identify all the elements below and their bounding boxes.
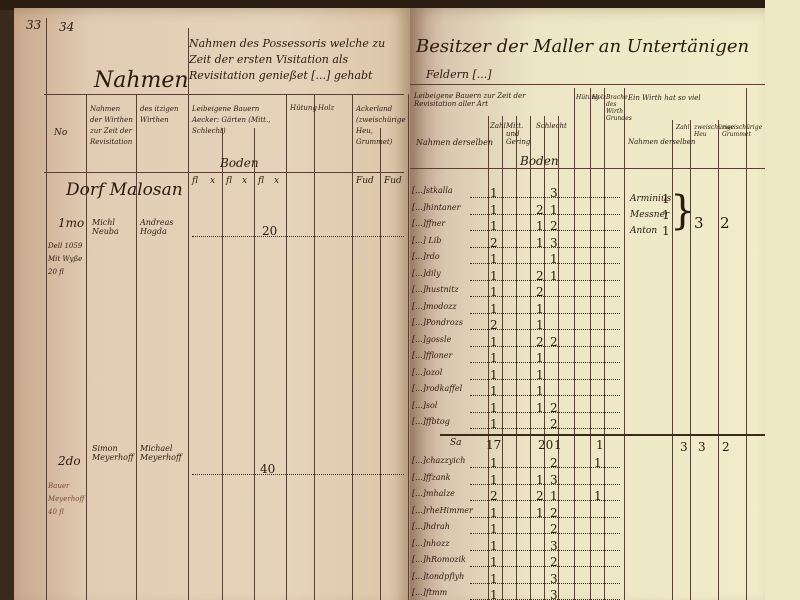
col-header-schlecht: Schlecht (536, 122, 567, 130)
dotted-fill (470, 533, 620, 534)
col-header-huetung: Hütung (290, 104, 312, 112)
page-edge (765, 0, 800, 600)
col-header-nahmen: Nahmen derselben (416, 138, 493, 147)
col-divider (222, 128, 223, 600)
dotted-fill (470, 214, 620, 215)
dotted-fill (470, 313, 620, 314)
row-name: [...]hRomozik (412, 555, 466, 564)
col-divider (746, 88, 747, 600)
left-page: 33 34 Nahmen Nahmen des Possessoris welc… (14, 8, 410, 600)
col-divider (502, 116, 503, 600)
col-divider (718, 120, 719, 600)
col-divider (558, 116, 559, 600)
row-name: [...]ffner (412, 219, 445, 228)
entry-margin-note: Dell 1059 Mit Wyße 20 fl (48, 240, 84, 279)
row-name: [...]hdrah (412, 522, 450, 531)
total-grummet: 2 (722, 440, 730, 454)
dotted-fill (470, 428, 620, 429)
col-divider (188, 28, 189, 600)
total-heu-total: 3 (680, 440, 688, 454)
total-heu: 3 (698, 440, 706, 454)
row-name: [...]gossle (412, 335, 451, 344)
col-divider (544, 116, 545, 600)
dotted-fill (470, 329, 620, 330)
col-divider (530, 116, 531, 600)
unit-fud: Fud (384, 176, 402, 186)
unit-fl: fl (226, 176, 232, 186)
row-name: [...]ffloner (412, 351, 452, 360)
row-name: [...]ftmm (412, 588, 447, 597)
row-name: [...]hustnitz (412, 285, 459, 294)
unit-x: x (210, 176, 215, 186)
column-group-subtitle: Feldern [...] (426, 68, 492, 81)
col-header-wirth-revisitation: Nahmen der Wirthen zur Zeit der Revisita… (90, 104, 134, 148)
entry-number: 2do (58, 454, 81, 468)
total-holz: 1 (596, 438, 604, 452)
subheader-boden: Boden (220, 156, 259, 170)
entry-wirth-revisitation: Michl Neuba (92, 218, 134, 236)
col-divider (488, 116, 489, 600)
col-divider (624, 88, 625, 600)
dotted-fill (470, 362, 620, 363)
side-entry-zahl: 1 (662, 224, 670, 238)
dotted-fill (470, 379, 620, 380)
row-name: [...] Lib (412, 236, 441, 245)
dotted-fill (192, 474, 404, 475)
col-divider (604, 88, 605, 600)
total-rule (440, 434, 765, 436)
col-divider (352, 94, 353, 600)
unit-fl: fl (258, 176, 264, 186)
col-header-ackerland: Ackerland (zweischürige Heu, Grummet) (356, 104, 408, 148)
entry-itziger-wirth: Michael Meyerhoff (140, 444, 186, 462)
dotted-fill (470, 566, 620, 567)
row-name: [...]rdo (412, 252, 440, 261)
col-header-bauern-aecker: Leibeigene Bauern Aecker: Gärten (Mitt.,… (192, 104, 284, 137)
col-divider (86, 94, 87, 600)
side-entry-name: Anton (630, 226, 657, 236)
side-entry-zahl: 1 (662, 192, 670, 206)
unit-fl: fl (192, 176, 198, 186)
col-header-wirth-hat: Ein Wirth hat so viel (628, 94, 701, 102)
row-name: [...]dily (412, 269, 441, 278)
bracket-heu: 3 (694, 214, 704, 232)
row-name: [...]Pondrozs (412, 318, 463, 327)
row-name: [...]ffzank (412, 473, 451, 482)
row-name: [...]nhozz (412, 539, 449, 548)
row-name: [...]modozz (412, 302, 457, 311)
header-rule (44, 94, 404, 95)
subheader-boden: Boden (520, 154, 559, 168)
entry-wirth-revisitation: Simon Meyerhoff (92, 444, 134, 462)
dotted-fill (470, 484, 620, 485)
row-name: [...]sol (412, 401, 437, 410)
ledger-spread: 33 34 Nahmen Nahmen des Possessoris welc… (0, 0, 800, 600)
unit-x: x (274, 176, 279, 186)
col-header-zahl-2: Zahl (676, 124, 690, 131)
col-header-brache: Brache des Wirth Grundes (606, 94, 624, 122)
unit-x: x (242, 176, 247, 186)
dotted-fill (470, 395, 620, 396)
dotted-fill (470, 500, 620, 501)
total-zahl: 17 (486, 438, 501, 452)
dotted-fill (470, 550, 620, 551)
header-bottom-rule (410, 168, 765, 169)
dotted-fill (470, 412, 620, 413)
dotted-fill (470, 583, 620, 584)
col-header-huetung: Hütung (576, 94, 590, 101)
dotted-fill (470, 263, 620, 264)
unit-fud: Fud (356, 176, 374, 186)
row-name: [...]hintaner (412, 203, 460, 212)
row-name: [...]chazzyich (412, 456, 465, 465)
dotted-fill (470, 197, 620, 198)
side-entry-zahl: 1 (662, 208, 670, 222)
col-divider (314, 94, 315, 600)
entry-itziger-wirth: Andreas Hogda (140, 218, 186, 236)
col-header-zahl: Zahl (490, 122, 506, 130)
column-group-title-nahmen: Nahmen (94, 68, 189, 93)
page-number-34: 34 (59, 20, 74, 34)
col-header-holz: Holz (592, 94, 604, 101)
column-group-title-besitzer: Besitzer der Maller an Untertänigen (416, 36, 749, 57)
header-rule (410, 84, 765, 85)
dotted-fill (470, 296, 620, 297)
col-divider (574, 88, 575, 600)
col-divider (380, 128, 381, 600)
col-divider (590, 88, 591, 600)
brace: } (670, 188, 695, 234)
col-divider (136, 94, 137, 600)
dotted-fill (470, 247, 620, 248)
entry-margin-note: Bauer Meyerhoff 40 fl (48, 480, 84, 519)
col-divider (46, 18, 47, 600)
total-label: Sa (450, 438, 462, 448)
row-name: [...]ozol (412, 368, 442, 377)
col-header-heu: zweischürige Heu (694, 124, 718, 138)
row-name: [...]tondpflyh (412, 572, 464, 581)
col-header-nahmen-2: Nahmen derselben (628, 138, 695, 146)
header-bottom-rule (44, 172, 404, 173)
col-header-itziger-wirth: des itzigen Wirthen (140, 104, 186, 126)
row-name: [...]mhalze (412, 489, 455, 498)
page-number-33: 33 (26, 18, 41, 32)
col-divider (516, 116, 517, 600)
row-name: [...]rodkaffel (412, 384, 462, 393)
column-group-title-possessoris: Nahmen des Possessoris welche zu Zeit de… (189, 36, 404, 84)
col-header-no: No (54, 128, 67, 138)
dotted-fill (470, 230, 620, 231)
col-divider (254, 128, 255, 600)
total-col-b: 1 (554, 438, 562, 452)
col-divider (286, 94, 287, 600)
col-header-grummet: zweischürige Grummet (722, 124, 746, 138)
dotted-fill (470, 280, 620, 281)
dotted-fill (470, 517, 620, 518)
village-heading: Dorf Malosan (66, 180, 183, 200)
entry-number: 1mo (58, 216, 84, 230)
dotted-fill (470, 346, 620, 347)
bracket-grummet: 2 (720, 214, 730, 232)
row-name: [...]rheHimmer (412, 506, 473, 515)
row-name: [...]ffbtog (412, 417, 450, 426)
col-divider (408, 94, 409, 600)
col-header-bauern-revisitation: Leibeigene Bauern zur Zeit der Revisitat… (414, 92, 564, 108)
row-name: [...]stkalla (412, 186, 453, 195)
col-header-mitt: Mitt. und Gering (506, 122, 530, 146)
col-header-holz: Holz (318, 104, 350, 112)
dotted-fill (470, 467, 620, 468)
total-col-a: 20 (538, 438, 553, 452)
dotted-fill (192, 236, 404, 237)
right-page: Besitzer der Maller an Untertänigen Feld… (410, 8, 765, 600)
